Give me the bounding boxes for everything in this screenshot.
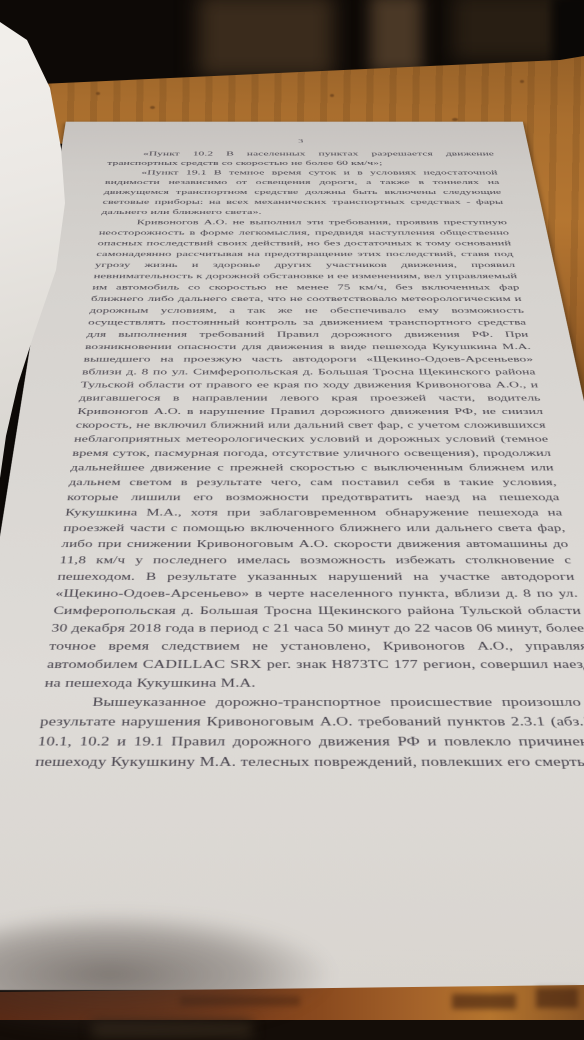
wood-stain [452, 994, 516, 1009]
document-page-content: 3 «Пункт 10.2 В населенных пунктах разре… [0, 122, 584, 990]
document-page: 3 «Пункт 10.2 В населенных пунктах разре… [0, 122, 584, 990]
wood-knot [452, 118, 458, 121]
wood-knot [96, 92, 100, 95]
wood-knot [150, 106, 155, 109]
wood-stain [536, 988, 578, 1008]
body-paragraph-conclusion: Вышеуказанное дорожно-транспортное проис… [34, 693, 584, 773]
wood-knot [330, 94, 334, 97]
body-paragraph-accusation: Кривоногов А.О. не выполнил эти требован… [44, 217, 584, 693]
wood-knot [520, 80, 524, 83]
quote-paragraph-rule-19-1: «Пункт 19.1 В темное время суток и в усл… [101, 168, 506, 217]
page-number: 3 [110, 138, 493, 145]
background-object [198, 0, 334, 78]
background-object [370, 0, 422, 74]
photo-scene: 3 «Пункт 10.2 В населенных пунктах разре… [0, 0, 584, 1040]
background-object [452, 0, 567, 62]
quote-paragraph-rule-10-2: «Пункт 10.2 В населенных пунктах разреша… [107, 149, 497, 168]
